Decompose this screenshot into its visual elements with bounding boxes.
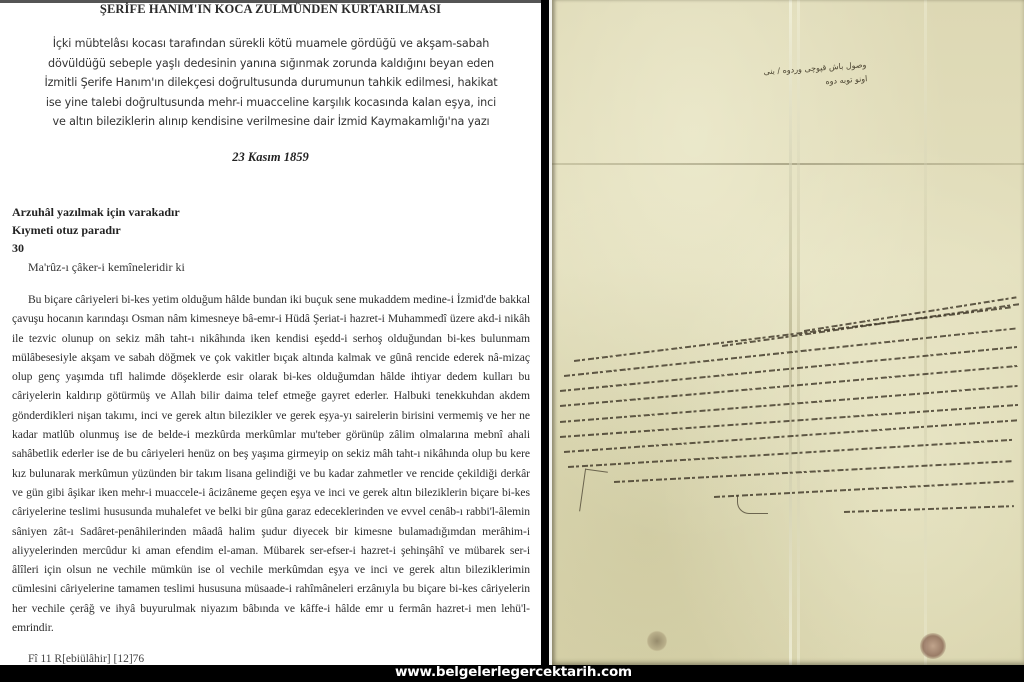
script-line [560, 365, 1018, 407]
manuscript-seal-mark [737, 495, 768, 514]
script-line [804, 296, 1017, 331]
manuscript-script-block [554, 330, 1022, 526]
paper-stain [647, 630, 667, 652]
header-line: Kıymeti otuz paradır [12, 221, 180, 239]
manuscript-marginal-note: وصول باش قپوچی وردوه / بنی اونو توبه دوه [756, 58, 868, 94]
header-line: Arzuhâl yazılmak için varakadır [12, 203, 180, 221]
header-line: 30 [12, 239, 180, 257]
website-watermark: www.belgelerlegercektarih.com [395, 664, 632, 680]
wax-seal-stain [920, 633, 946, 659]
panel-divider [541, 0, 549, 665]
document-summary: İçki mübtelâsı kocası tarafından sürekli… [40, 34, 502, 132]
script-line [614, 460, 1014, 483]
paper-fold-horizontal [552, 163, 1024, 165]
document-title: ŞERİFE HANIM'IN KOCA ZULMÜNDEN KURTARILM… [0, 2, 541, 17]
petition-header: Arzuhâl yazılmak için varakadır Kıymeti … [12, 203, 180, 257]
manuscript-image: وصول باش قپوچی وردوه / بنی اونو توبه دوه [552, 0, 1024, 665]
script-line [560, 404, 1019, 438]
script-line [844, 505, 1014, 513]
document-date: 23 Kasım 1859 [0, 150, 541, 165]
script-line [560, 384, 1019, 422]
petition-opening: Ma'rûz-ı çâker-i kemîneleridir ki [28, 260, 185, 275]
transcription-page: ŞERİFE HANIM'IN KOCA ZULMÜNDEN KURTARILM… [0, 0, 541, 665]
petition-body: Bu biçare câriyeleri bi-kes yetim olduğu… [12, 290, 530, 637]
script-line [564, 419, 1018, 452]
petition-date-closing: Fî 11 R[ebiülâhir] [12]76 [28, 653, 144, 665]
